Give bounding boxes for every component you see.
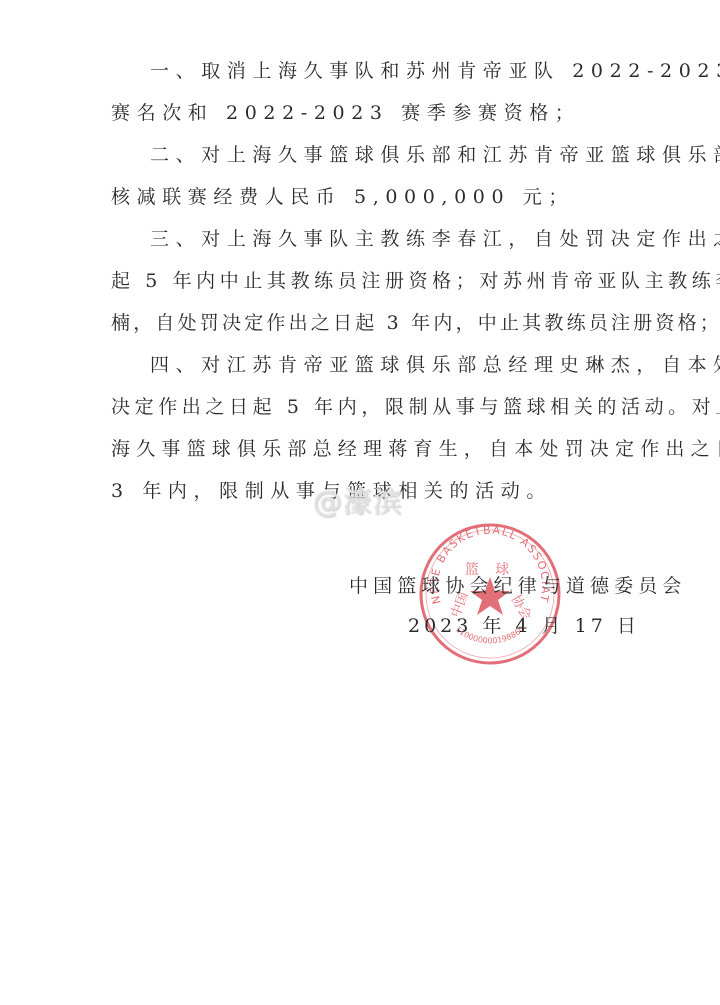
paragraph-4-line-3: 海久事篮球俱乐部总经理蒋育生，自本处罚决定作出之日起 [111,428,720,470]
paragraph-2-line-1: 二、对上海久事篮球俱乐部和江苏肯帝亚篮球俱乐部各 [150,134,720,176]
paragraph-3-line-1: 三、对上海久事队主教练李春江，自处罚决定作出之日 [150,218,720,260]
paragraph-4-line-1: 四、对江苏肯帝亚篮球俱乐部总经理史琳杰，自本处罚 [150,344,720,386]
paragraph-4-line-2: 决定作出之日起 5 年内，限制从事与篮球相关的活动。对上 [111,386,720,428]
paragraph-3-line-3: 楠，自处罚决定作出之日起 3 年内，中止其教练员注册资格； [111,302,720,344]
paragraph-1-line-2: 赛名次和 2022-2023 赛季参赛资格； [111,92,580,134]
paragraph-3-line-2: 起 5 年内中止其教练员注册资格；对苏州肯帝亚队主教练李 [111,260,720,302]
paragraph-2-line-2: 核减联赛经费人民币 5,000,000 元； [111,176,574,218]
issue-date: 2023 年 4 月 17 日 [408,606,640,646]
watermark: @濠滨 [313,480,403,521]
paragraph-1-line-1: 一、取消上海久事队和苏州肯帝亚队 2022-2023 赛季比 [150,50,720,92]
issuer-signature: 中国篮球协会纪律与道德委员会 [349,566,686,606]
